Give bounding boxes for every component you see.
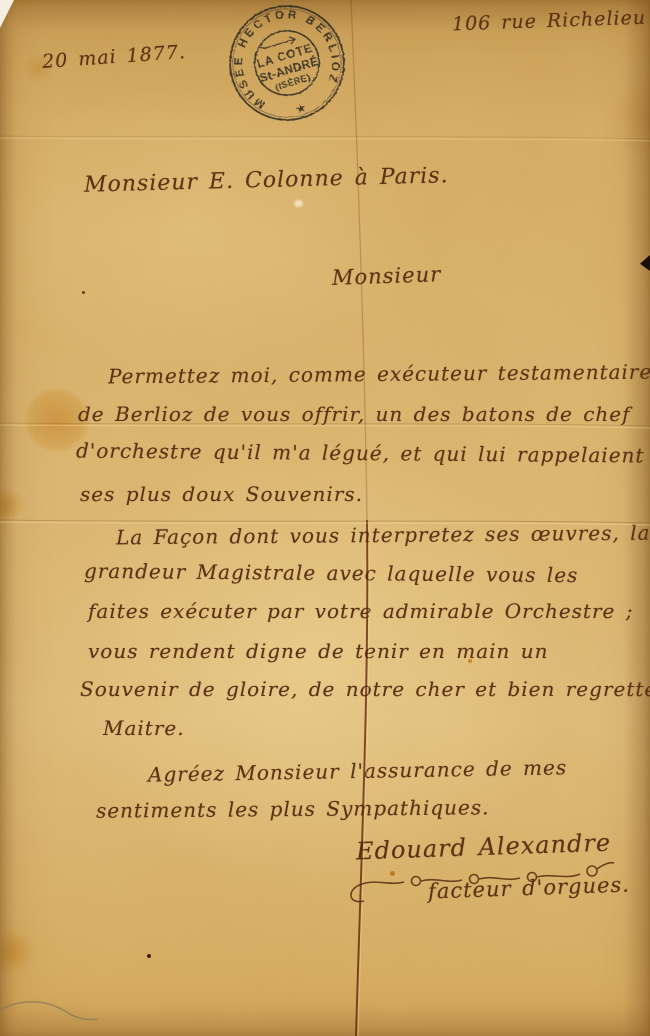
stain-dot — [468, 659, 472, 663]
letter-line: Permettez moi, comme exécuteur testament… — [108, 360, 650, 389]
letter-line: ses plus doux Souvenirs. — [80, 482, 363, 506]
salutation: Monsieur — [332, 262, 442, 290]
stain-dot — [390, 871, 395, 876]
letter-line: sentiments les plus Sympathiques. — [96, 795, 490, 822]
letter-line: vous rendent digne de tenir en main un — [88, 639, 549, 663]
paper-flaw — [294, 200, 303, 207]
letter-line: grandeur Magistrale avec laquelle vous l… — [84, 559, 579, 587]
ink-speck — [82, 291, 85, 294]
letter-line: Souvenir de gloire, de notre cher et bie… — [80, 677, 650, 701]
letter-line: La Façon dont vous interpretez ses œuvre… — [116, 521, 650, 550]
letter-line: faites exécuter par votre admirable Orch… — [88, 599, 633, 623]
letter-line: d'orchestre qu'il m'a légué, et qui lui … — [76, 439, 645, 468]
letter-line: Maitre. — [103, 716, 185, 740]
ink-speck — [147, 954, 151, 958]
letter-scan: MUSÉE HECTOR BERLIOZ ★ LA COTE St-ANDRÉ … — [0, 0, 650, 1036]
letter-line: de Berlioz de vous offrir, un des batons… — [78, 402, 631, 426]
